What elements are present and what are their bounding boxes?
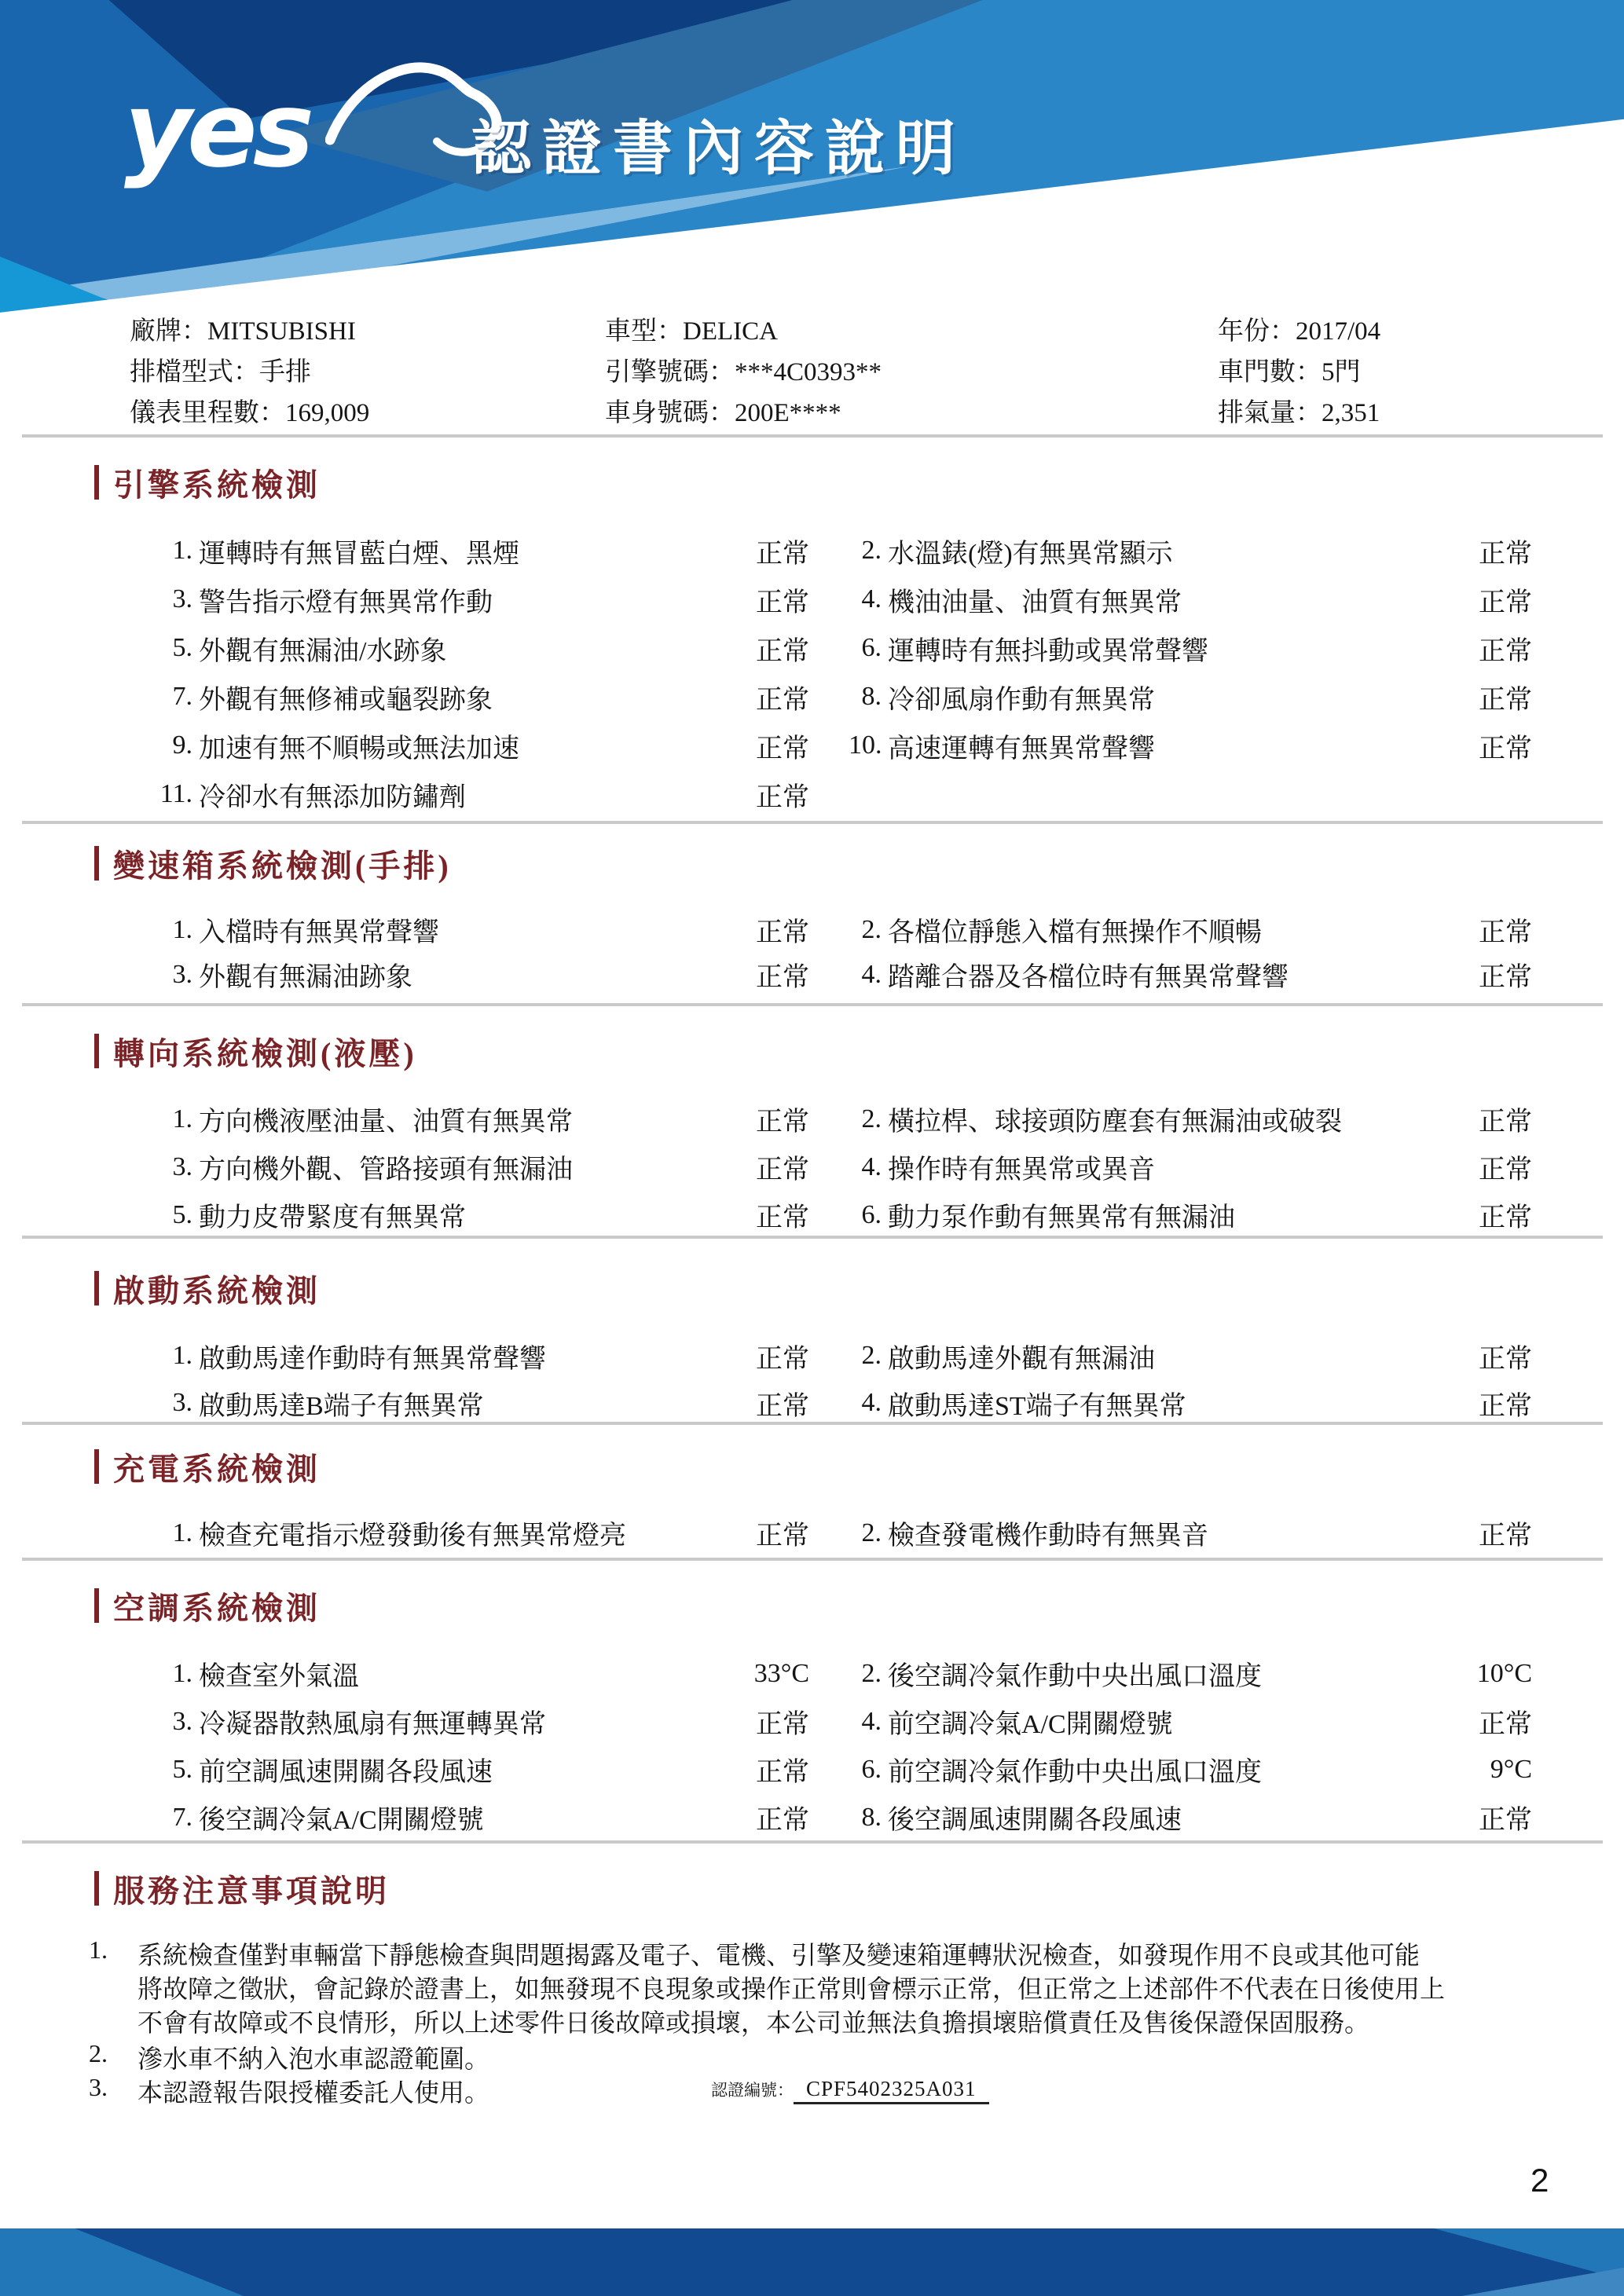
item-status: 正常 [756,1702,809,1741]
inspection-row: 7. 外觀有無修補或龜裂跡象 正常 8. 冷卻風扇作動有無異常 正常 [0,672,1624,721]
item-status: 正常 [1479,629,1532,668]
item-status: 正常 [756,1750,809,1789]
item-status: 10°C [1477,1659,1532,1689]
inspection-row: 1. 方向機液壓油量、油質有無異常 正常 2. 橫拉桿、球接頭防塵套有無漏油或破… [0,1095,1624,1143]
item-text: 運轉時有無抖動或異常聲響 [882,629,1208,668]
section-header: 引擎系統檢測 [0,463,1624,501]
item-number: 2. [849,1518,882,1548]
item-status: 33°C [754,1659,809,1689]
item-status: 正常 [756,532,809,570]
item-status: 正常 [756,580,809,619]
item-text: 啟動馬達B端子有無異常 [192,1384,484,1423]
item-number: 2. [849,1341,882,1371]
item-status: 正常 [1479,1514,1532,1552]
section-rows: 1. 啟動馬達作動時有無異常聲響 正常 2. 啟動馬達外觀有無漏油 正常 3. … [0,1332,1624,1426]
item-text: 啟動馬達ST端子有無異常 [882,1384,1186,1423]
item-text: 運轉時有無冒藍白煙、黑煙 [192,532,519,570]
item-status: 正常 [1479,532,1532,570]
inspection-item: 1. 啟動馬達作動時有無異常聲響 正常 [90,1332,809,1379]
inspection-item: 3. 外觀有無漏油跡象 正常 [90,952,809,997]
section-title: 充電系統檢測 [113,1445,321,1489]
item-number: 7. [90,1803,192,1833]
item-status: 正常 [1479,580,1532,619]
vehicle-info-col-1: 廠牌：MITSUBISHI 排檔型式：手排 儀表里程數：169,009 [130,311,369,434]
item-text: 檢查充電指示燈發動後有無異常燈亮 [192,1514,626,1552]
item-text: 機油油量、油質有無異常 [882,580,1182,619]
inspection-item: 1. 檢查充電指示燈發動後有無異常燈亮 正常 [90,1511,809,1555]
item-text: 啟動馬達外觀有無漏油 [882,1337,1155,1375]
inspection-section: 空調系統檢測 1. 檢查室外氣溫 33°C 2. 後空調冷氣作動中央出風口溫度 … [0,1587,1624,1624]
inspection-row: 1. 檢查充電指示燈發動後有無異常燈亮 正常 2. 檢查發電機作動時有無異音 正… [0,1511,1624,1555]
inspection-item: 5. 外觀有無漏油/水跡象 正常 [90,624,809,672]
info-doors: 車門數：5門 [1218,352,1380,393]
item-status: 正常 [756,1514,809,1552]
item-number: 10. [849,731,882,760]
section-header: 服務注意事項說明 [0,1869,1624,1907]
info-year: 年份：2017/04 [1218,311,1380,352]
item-status: 正常 [756,775,809,814]
item-number: 4. [849,1707,882,1737]
section-title: 變速箱系統檢測(手排) [113,841,452,886]
note-line: 不會有故障或不良情形，所以上述零件日後故障或損壞，本公司並無法負擔損壞賠償責任及… [137,2003,1369,2039]
inspection-row: 7. 後空調冷氣A/C開關燈號 正常 8. 後空調風速開關各段風速 正常 [0,1793,1624,1841]
section-bar [94,846,99,881]
item-status: 正常 [756,1798,809,1836]
item-number: 1. [90,1341,192,1371]
item-number: 6. [849,633,882,663]
item-status: 正常 [1479,1148,1532,1186]
inspection-item: 3. 冷凝器散熱風扇有無運轉異常 正常 [90,1697,809,1745]
info-model: 車型：DELICA [605,311,882,352]
item-number: 2. [849,1659,882,1689]
item-status: 正常 [1479,910,1532,949]
inspection-item: 8. 冷卻風扇作動有無異常 正常 [849,672,1532,721]
item-text: 入檔時有無異常聲響 [192,910,439,949]
inspection-item: 6. 動力泵作動有無異常有無漏油 正常 [849,1191,1532,1239]
note-number: 1. [89,1935,108,1965]
note-line: 本認證報告限授權委託人使用。 [137,2073,489,2109]
inspection-item: 7. 後空調冷氣A/C開關燈號 正常 [90,1793,809,1841]
item-text: 冷卻風扇作動有無異常 [882,678,1155,716]
inspection-item: 6. 運轉時有無抖動或異常聲響 正常 [849,624,1532,672]
yes-logo-text: yes [124,79,310,182]
item-status: 正常 [756,1148,809,1186]
inspection-row: 3. 警告指示燈有無異常作動 正常 4. 機油油量、油質有無異常 正常 [0,575,1624,624]
section-header: 啟動系統檢測 [0,1269,1624,1307]
item-status: 正常 [1479,955,1532,994]
divider [22,821,1603,824]
inspection-section: 充電系統檢測 1. 檢查充電指示燈發動後有無異常燈亮 正常 2. 檢查發電機作動… [0,1448,1624,1485]
item-status: 正常 [1479,1337,1532,1375]
inspection-section: 轉向系統檢測(液壓) 1. 方向機液壓油量、油質有無異常 正常 2. 橫拉桿、球… [0,1032,1624,1070]
item-number: 6. [849,1200,882,1230]
item-number: 4. [849,1152,882,1182]
inspection-section: 引擎系統檢測 1. 運轉時有無冒藍白煙、黑煙 正常 2. 水溫錶(燈)有無異常顯… [0,463,1624,501]
inspection-item: 1. 運轉時有無冒藍白煙、黑煙 正常 [90,526,809,575]
inspection-item: 1. 檢查室外氣溫 33°C [90,1650,809,1697]
inspection-row: 1. 運轉時有無冒藍白煙、黑煙 正常 2. 水溫錶(燈)有無異常顯示 正常 [0,526,1624,575]
service-notes-section: 服務注意事項說明 1. 系統檢查僅對車輛當下靜態檢查與問題揭露及電子、電機、引擎… [0,1869,1624,1907]
item-status: 9°C [1490,1755,1532,1785]
inspection-item: 4. 機油油量、油質有無異常 正常 [849,575,1532,624]
item-status: 正常 [1479,1384,1532,1423]
section-header: 充電系統檢測 [0,1448,1624,1485]
inspection-row: 1. 檢查室外氣溫 33°C 2. 後空調冷氣作動中央出風口溫度 10°C [0,1650,1624,1697]
inspection-row: 1. 啟動馬達作動時有無異常聲響 正常 2. 啟動馬達外觀有無漏油 正常 [0,1332,1624,1379]
section-bar [94,1871,99,1906]
item-number: 9. [90,731,192,760]
section-rows: 1. 檢查室外氣溫 33°C 2. 後空調冷氣作動中央出風口溫度 10°C 3.… [0,1650,1624,1841]
vehicle-info-col-3: 年份：2017/04 車門數：5門 排氣量：2,351 [1218,311,1380,434]
item-number: 1. [90,915,192,945]
inspection-item: 6. 前空調冷氣作動中央出風口溫度 9°C [849,1745,1532,1793]
inspection-item: 9. 加速有無不順暢或無法加速 正常 [90,721,809,770]
item-number: 2. [849,1104,882,1134]
item-status: 正常 [756,629,809,668]
item-number: 5. [90,1755,192,1785]
certificate-page: yes 認證書內容說明 廠牌：MITSUBISHI 排檔型式：手排 儀表里程數：… [0,0,1624,2296]
section-header: 變速箱系統檢測(手排) [0,844,1624,882]
note-line: 將故障之徵狀，會記錄於證書上，如無發現不良現象或操作正常則會標示正常，但正常之上… [137,1969,1445,2005]
section-title: 引擎系統檢測 [113,460,321,505]
item-number: 3. [90,960,192,990]
item-text: 檢查室外氣溫 [192,1654,359,1693]
inspection-row: 5. 動力皮帶緊度有無異常 正常 6. 動力泵作動有無異常有無漏油 正常 [0,1191,1624,1239]
item-number: 1. [90,536,192,566]
item-number: 5. [90,633,192,663]
inspection-item: 5. 動力皮帶緊度有無異常 正常 [90,1191,809,1239]
item-text: 外觀有無修補或龜裂跡象 [192,678,493,716]
info-odometer: 儀表里程數：169,009 [130,393,369,434]
inspection-item: 2. 各檔位靜態入檔有無操作不順暢 正常 [849,907,1532,952]
inspection-row: 3. 冷凝器散熱風扇有無運轉異常 正常 4. 前空調冷氣A/C開關燈號 正常 [0,1697,1624,1745]
item-status: 正常 [1479,1798,1532,1836]
item-number: 3. [90,1707,192,1737]
inspection-item: 8. 後空調風速開關各段風速 正常 [849,1793,1532,1841]
item-status: 正常 [756,727,809,765]
section-rows: 1. 入檔時有無異常聲響 正常 2. 各檔位靜態入檔有無操作不順暢 正常 3. … [0,907,1624,997]
inspection-item: 3. 啟動馬達B端子有無異常 正常 [90,1379,809,1426]
page-number: 2 [1531,2162,1549,2199]
section-bar [94,1271,99,1305]
item-status: 正常 [756,910,809,949]
inspection-item: 7. 外觀有無修補或龜裂跡象 正常 [90,672,809,721]
item-number: 2. [849,536,882,566]
inspection-section: 變速箱系統檢測(手排) 1. 入檔時有無異常聲響 正常 2. 各檔位靜態入檔有無… [0,844,1624,882]
section-rows: 1. 運轉時有無冒藍白煙、黑煙 正常 2. 水溫錶(燈)有無異常顯示 正常 3.… [0,526,1624,818]
section-header: 空調系統檢測 [0,1587,1624,1624]
divider [22,1558,1603,1561]
item-text: 冷卻水有無添加防鏽劑 [192,775,466,814]
item-number: 3. [90,1388,192,1418]
item-text: 高速運轉有無異常聲響 [882,727,1155,765]
info-brand: 廠牌：MITSUBISHI [130,311,369,352]
item-number: 11. [90,779,192,809]
note-number: 2. [89,2039,108,2068]
note-line: 系統檢查僅對車輛當下靜態檢查與問題揭露及電子、電機、引擎及變速箱運轉狀況檢查，如… [137,1935,1420,1972]
item-number: 4. [849,1388,882,1418]
item-number: 8. [849,682,882,712]
item-text: 加速有無不順暢或無法加速 [192,727,519,765]
inspection-item: 3. 方向機外觀、管路接頭有無漏油 正常 [90,1143,809,1191]
item-status: 正常 [756,1337,809,1375]
page-title: 認證書內容說明 [471,101,966,186]
note-number: 3. [89,2073,108,2102]
inspection-item: 1. 入檔時有無異常聲響 正常 [90,907,809,952]
item-number: 3. [90,584,192,614]
inspection-item: 10. 高速運轉有無異常聲響 正常 [849,721,1532,770]
item-text: 水溫錶(燈)有無異常顯示 [882,532,1173,570]
item-text: 動力泵作動有無異常有無漏油 [882,1196,1235,1234]
item-text: 各檔位靜態入檔有無操作不順暢 [882,910,1262,949]
item-number: 1. [90,1104,192,1134]
item-text: 踏離合器及各檔位時有無異常聲響 [882,955,1289,994]
inspection-section: 啟動系統檢測 1. 啟動馬達作動時有無異常聲響 正常 2. 啟動馬達外觀有無漏油… [0,1269,1624,1307]
inspection-item: 4. 前空調冷氣A/C開關燈號 正常 [849,1697,1532,1745]
item-text: 前空調冷氣A/C開關燈號 [882,1702,1173,1741]
footer-banner [0,2228,1624,2296]
item-number: 8. [849,1803,882,1833]
divider [22,434,1603,438]
certificate-number: 認證編號：CPF5402325A031 [711,2077,989,2101]
item-status: 正常 [756,955,809,994]
item-status: 正常 [756,1384,809,1423]
inspection-row: 1. 入檔時有無異常聲響 正常 2. 各檔位靜態入檔有無操作不順暢 正常 [0,907,1624,952]
info-displacement: 排氣量：2,351 [1218,393,1380,434]
inspection-row: 5. 外觀有無漏油/水跡象 正常 6. 運轉時有無抖動或異常聲響 正常 [0,624,1624,672]
inspection-item: 2. 啟動馬達外觀有無漏油 正常 [849,1332,1532,1379]
item-text: 外觀有無漏油跡象 [192,955,412,994]
section-bar [94,465,99,500]
inspection-item: 2. 後空調冷氣作動中央出風口溫度 10°C [849,1650,1532,1697]
item-text: 警告指示燈有無異常作動 [192,580,493,619]
item-text: 動力皮帶緊度有無異常 [192,1196,466,1234]
inspection-item: 3. 警告指示燈有無異常作動 正常 [90,575,809,624]
inspection-item: 2. 橫拉桿、球接頭防塵套有無漏油或破裂 正常 [849,1095,1532,1143]
item-number: 5. [90,1200,192,1230]
item-status: 正常 [1479,678,1532,716]
item-number: 1. [90,1659,192,1689]
inspection-row: 5. 前空調風速開關各段風速 正常 6. 前空調冷氣作動中央出風口溫度 9°C [0,1745,1624,1793]
inspection-item: 4. 踏離合器及各檔位時有無異常聲響 正常 [849,952,1532,997]
section-title: 服務注意事項說明 [113,1866,390,1911]
item-status: 正常 [1479,1100,1532,1138]
inspection-item: 4. 啟動馬達ST端子有無異常 正常 [849,1379,1532,1426]
item-text: 外觀有無漏油/水跡象 [192,629,446,668]
section-title: 空調系統檢測 [113,1584,321,1628]
item-text: 後空調風速開關各段風速 [882,1798,1182,1836]
item-number: 4. [849,960,882,990]
section-header: 轉向系統檢測(液壓) [0,1032,1624,1070]
section-bar [94,1588,99,1623]
item-number: 6. [849,1755,882,1785]
item-text: 啟動馬達作動時有無異常聲響 [192,1337,546,1375]
item-text: 方向機外觀、管路接頭有無漏油 [192,1148,573,1186]
section-rows: 1. 方向機液壓油量、油質有無異常 正常 2. 橫拉桿、球接頭防塵套有無漏油或破… [0,1095,1624,1239]
info-engine-no: 引擎號碼：***4C0393** [605,352,882,393]
inspection-row: 9. 加速有無不順暢或無法加速 正常 10. 高速運轉有無異常聲響 正常 [0,721,1624,770]
item-status: 正常 [1479,1702,1532,1741]
item-status: 正常 [1479,1196,1532,1234]
yes-logo: yes [124,49,493,182]
inspection-row: 3. 外觀有無漏油跡象 正常 4. 踏離合器及各檔位時有無異常聲響 正常 [0,952,1624,997]
item-status: 正常 [1479,727,1532,765]
note-line: 滲水車不納入泡水車認證範圍。 [137,2039,489,2075]
header-banner: yes 認證書內容說明 [0,0,1624,361]
item-status: 正常 [756,1196,809,1234]
inspection-item: 2. 檢查發電機作動時有無異音 正常 [849,1511,1532,1555]
inspection-item: 1. 方向機液壓油量、油質有無異常 正常 [90,1095,809,1143]
section-title: 轉向系統檢測(液壓) [113,1029,417,1074]
divider [22,1003,1603,1006]
section-bar [94,1034,99,1068]
info-vin: 車身號碼：200E**** [605,393,882,434]
info-transmission: 排檔型式：手排 [130,352,369,393]
item-text: 前空調風速開關各段風速 [192,1750,493,1789]
item-text: 後空調冷氣作動中央出風口溫度 [882,1654,1262,1693]
section-title: 啟動系統檢測 [113,1266,321,1311]
item-status: 正常 [756,678,809,716]
inspection-item: 4. 操作時有無異常或異音 正常 [849,1143,1532,1191]
section-bar [94,1449,99,1484]
item-text: 橫拉桿、球接頭防塵套有無漏油或破裂 [882,1100,1342,1138]
inspection-row: 3. 方向機外觀、管路接頭有無漏油 正常 4. 操作時有無異常或異音 正常 [0,1143,1624,1191]
certificate-number-label: 認證編號： [711,2081,794,2100]
item-number: 1. [90,1518,192,1548]
item-text: 方向機液壓油量、油質有無異常 [192,1100,573,1138]
item-text: 檢查發電機作動時有無異音 [882,1514,1208,1552]
inspection-row: 3. 啟動馬達B端子有無異常 正常 4. 啟動馬達ST端子有無異常 正常 [0,1379,1624,1426]
inspection-item: 11. 冷卻水有無添加防鏽劑 正常 [90,770,809,818]
item-text: 後空調冷氣A/C開關燈號 [192,1798,484,1836]
item-number: 3. [90,1152,192,1182]
footer-bg-navy [0,2228,1624,2296]
inspection-item: 2. 水溫錶(燈)有無異常顯示 正常 [849,526,1532,575]
item-text: 前空調冷氣作動中央出風口溫度 [882,1750,1262,1789]
item-number: 7. [90,682,192,712]
item-text: 操作時有無異常或異音 [882,1148,1155,1186]
section-rows: 1. 檢查充電指示燈發動後有無異常燈亮 正常 2. 檢查發電機作動時有無異音 正… [0,1511,1624,1555]
item-number: 4. [849,584,882,614]
item-status: 正常 [756,1100,809,1138]
inspection-item: 5. 前空調風速開關各段風速 正常 [90,1745,809,1793]
inspection-row: 11. 冷卻水有無添加防鏽劑 正常 [0,770,1624,818]
vehicle-info-col-2: 車型：DELICA 引擎號碼：***4C0393** 車身號碼：200E**** [605,311,882,434]
item-text: 冷凝器散熱風扇有無運轉異常 [192,1702,546,1741]
certificate-number-value: CPF5402325A031 [794,2077,989,2104]
item-number: 2. [849,915,882,945]
